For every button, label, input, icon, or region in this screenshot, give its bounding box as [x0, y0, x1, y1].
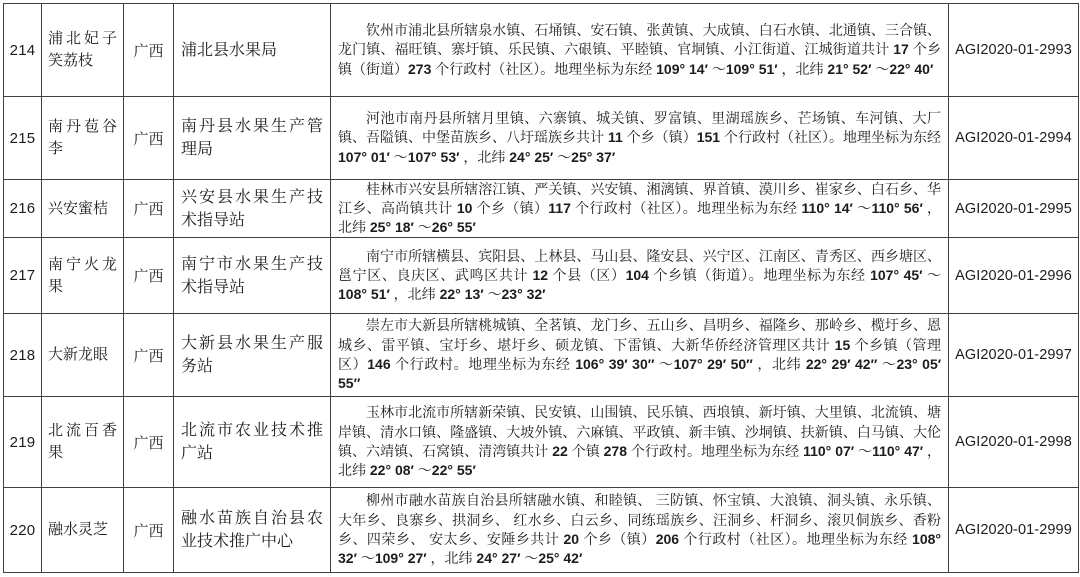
agi-code: AGI2020-01-2997 [955, 347, 1072, 363]
applicant-org-cell: 浦北县水果局 [174, 4, 331, 97]
row-index-cell: 215 [4, 97, 42, 180]
row-index: 216 [10, 200, 36, 217]
applicant-org: 兴安县水果生产技术指导站 [181, 186, 323, 232]
region-description-cell: 玉林市北流市所辖新荣镇、民安镇、山围镇、民乐镇、西埌镇、新圩镇、大里镇、北流镇、… [331, 397, 949, 488]
row-index-cell: 220 [4, 488, 42, 573]
agi-code: AGI2020-01-2999 [955, 522, 1072, 538]
province: 广西 [133, 520, 163, 541]
product-name: 南丹苞谷李 [48, 116, 117, 160]
applicant-org: 浦北县水果局 [181, 39, 323, 62]
product-name-cell: 大新龙眼 [42, 314, 124, 397]
applicant-org: 北流市农业技术推广站 [181, 419, 323, 465]
applicant-org-cell: 大新县水果生产服务站 [174, 314, 331, 397]
province: 广西 [133, 345, 163, 366]
row-index: 219 [10, 434, 36, 451]
product-name: 兴安蜜桔 [48, 198, 117, 220]
agi-code-cell: AGI2020-01-2998 [949, 397, 1079, 488]
province: 广西 [133, 432, 163, 453]
region-description-cell: 河池市南丹县所辖月里镇、六寨镇、城关镇、罗富镇、里湖瑶族乡、芒场镇、车河镇、大厂… [331, 97, 949, 180]
province-cell: 广西 [124, 488, 174, 573]
product-name: 融水灵芝 [48, 519, 117, 541]
province-cell: 广西 [124, 238, 174, 314]
province: 广西 [133, 265, 163, 286]
region-description-cell: 桂林市兴安县所辖溶江镇、严关镇、兴安镇、湘漓镇、界首镇、漠川乡、崔家乡、白石乡、… [331, 180, 949, 238]
region-description-cell: 崇左市大新县所辖桃城镇、全茗镇、龙门乡、五山乡、昌明乡、福隆乡、那岭乡、榄圩乡、… [331, 314, 949, 397]
agi-code: AGI2020-01-2998 [955, 434, 1072, 450]
applicant-org-cell: 南丹县水果生产管理局 [174, 97, 331, 180]
province: 广西 [133, 128, 163, 149]
applicant-org-cell: 兴安县水果生产技术指导站 [174, 180, 331, 238]
region-description: 崇左市大新县所辖桃城镇、全茗镇、龙门乡、五山乡、昌明乡、福隆乡、那岭乡、榄圩乡、… [338, 316, 941, 393]
table-row: 219 北流百香果 广西 北流市农业技术推广站 玉林市北流市所辖新荣镇、民安镇、… [4, 397, 1079, 488]
table-row: 218 大新龙眼 广西 大新县水果生产服务站 崇左市大新县所辖桃城镇、全茗镇、龙… [4, 314, 1079, 397]
row-index: 215 [10, 130, 36, 147]
applicant-org: 大新县水果生产服务站 [181, 332, 323, 378]
document-page: 214 浦北妃子笑荔枝 广西 浦北县水果局 钦州市浦北县所辖泉水镇、石埇镇、安石… [0, 0, 1080, 577]
region-description-cell: 柳州市融水苗族自治县所辖融水镇、和睦镇、 三防镇、怀宝镇、大浪镇、洞头镇、永乐镇… [331, 488, 949, 573]
agi-code-cell: AGI2020-01-2999 [949, 488, 1079, 573]
product-name: 大新龙眼 [48, 344, 117, 366]
product-name: 浦北妃子笑荔枝 [48, 28, 117, 72]
province-cell: 广西 [124, 97, 174, 180]
agi-registration-table: 214 浦北妃子笑荔枝 广西 浦北县水果局 钦州市浦北县所辖泉水镇、石埇镇、安石… [3, 3, 1079, 573]
applicant-org-cell: 南宁市水果生产技术指导站 [174, 238, 331, 314]
province-cell: 广西 [124, 397, 174, 488]
agi-code-cell: AGI2020-01-2994 [949, 97, 1079, 180]
product-name-cell: 北流百香果 [42, 397, 124, 488]
province: 广西 [133, 40, 163, 61]
province-cell: 广西 [124, 4, 174, 97]
region-description: 河池市南丹县所辖月里镇、六寨镇、城关镇、罗富镇、里湖瑶族乡、芒场镇、车河镇、大厂… [338, 109, 941, 167]
region-description: 南宁市所辖横县、宾阳县、上林县、马山县、隆安县、兴宁区、江南区、青秀区、西乡塘区… [338, 247, 941, 305]
applicant-org-cell: 北流市农业技术推广站 [174, 397, 331, 488]
applicant-org: 南宁市水果生产技术指导站 [181, 253, 323, 299]
region-description: 柳州市融水苗族自治县所辖融水镇、和睦镇、 三防镇、怀宝镇、大浪镇、洞头镇、永乐镇… [338, 491, 941, 568]
product-name: 南宁火龙果 [48, 254, 117, 298]
agi-code: AGI2020-01-2996 [955, 268, 1072, 284]
province: 广西 [133, 198, 163, 219]
region-description-cell: 南宁市所辖横县、宾阳县、上林县、马山县、隆安县、兴宁区、江南区、青秀区、西乡塘区… [331, 238, 949, 314]
agi-code: AGI2020-01-2994 [955, 130, 1072, 146]
product-name-cell: 南丹苞谷李 [42, 97, 124, 180]
product-name-cell: 浦北妃子笑荔枝 [42, 4, 124, 97]
table-row: 215 南丹苞谷李 广西 南丹县水果生产管理局 河池市南丹县所辖月里镇、六寨镇、… [4, 97, 1079, 180]
table-row: 214 浦北妃子笑荔枝 广西 浦北县水果局 钦州市浦北县所辖泉水镇、石埇镇、安石… [4, 4, 1079, 97]
agi-code-cell: AGI2020-01-2995 [949, 180, 1079, 238]
region-description: 钦州市浦北县所辖泉水镇、石埇镇、安石镇、张黄镇、大成镇、白石水镇、北通镇、三合镇… [338, 21, 941, 79]
province-cell: 广西 [124, 314, 174, 397]
row-index: 218 [10, 347, 36, 364]
agi-code: AGI2020-01-2993 [955, 42, 1072, 58]
table-row: 217 南宁火龙果 广西 南宁市水果生产技术指导站 南宁市所辖横县、宾阳县、上林… [4, 238, 1079, 314]
agi-code-cell: AGI2020-01-2996 [949, 238, 1079, 314]
product-name-cell: 南宁火龙果 [42, 238, 124, 314]
row-index-cell: 219 [4, 397, 42, 488]
applicant-org-cell: 融水苗族自治县农业技术推广中心 [174, 488, 331, 573]
table-row: 216 兴安蜜桔 广西 兴安县水果生产技术指导站 桂林市兴安县所辖溶江镇、严关镇… [4, 180, 1079, 238]
product-name-cell: 融水灵芝 [42, 488, 124, 573]
region-description: 玉林市北流市所辖新荣镇、民安镇、山围镇、民乐镇、西埌镇、新圩镇、大里镇、北流镇、… [338, 403, 941, 480]
region-description: 桂林市兴安县所辖溶江镇、严关镇、兴安镇、湘漓镇、界首镇、漠川乡、崔家乡、白石乡、… [338, 180, 941, 237]
product-name: 北流百香果 [48, 420, 117, 464]
applicant-org: 融水苗族自治县农业技术推广中心 [181, 507, 323, 553]
row-index: 214 [10, 42, 36, 59]
province-cell: 广西 [124, 180, 174, 238]
applicant-org: 南丹县水果生产管理局 [181, 115, 323, 161]
region-description-cell: 钦州市浦北县所辖泉水镇、石埇镇、安石镇、张黄镇、大成镇、白石水镇、北通镇、三合镇… [331, 4, 949, 97]
row-index-cell: 218 [4, 314, 42, 397]
row-index: 220 [10, 522, 36, 539]
agi-code-cell: AGI2020-01-2993 [949, 4, 1079, 97]
table-row: 220 融水灵芝 广西 融水苗族自治县农业技术推广中心 柳州市融水苗族自治县所辖… [4, 488, 1079, 573]
row-index-cell: 216 [4, 180, 42, 238]
row-index-cell: 214 [4, 4, 42, 97]
row-index: 217 [10, 267, 36, 284]
product-name-cell: 兴安蜜桔 [42, 180, 124, 238]
row-index-cell: 217 [4, 238, 42, 314]
agi-code: AGI2020-01-2995 [955, 201, 1072, 217]
agi-code-cell: AGI2020-01-2997 [949, 314, 1079, 397]
